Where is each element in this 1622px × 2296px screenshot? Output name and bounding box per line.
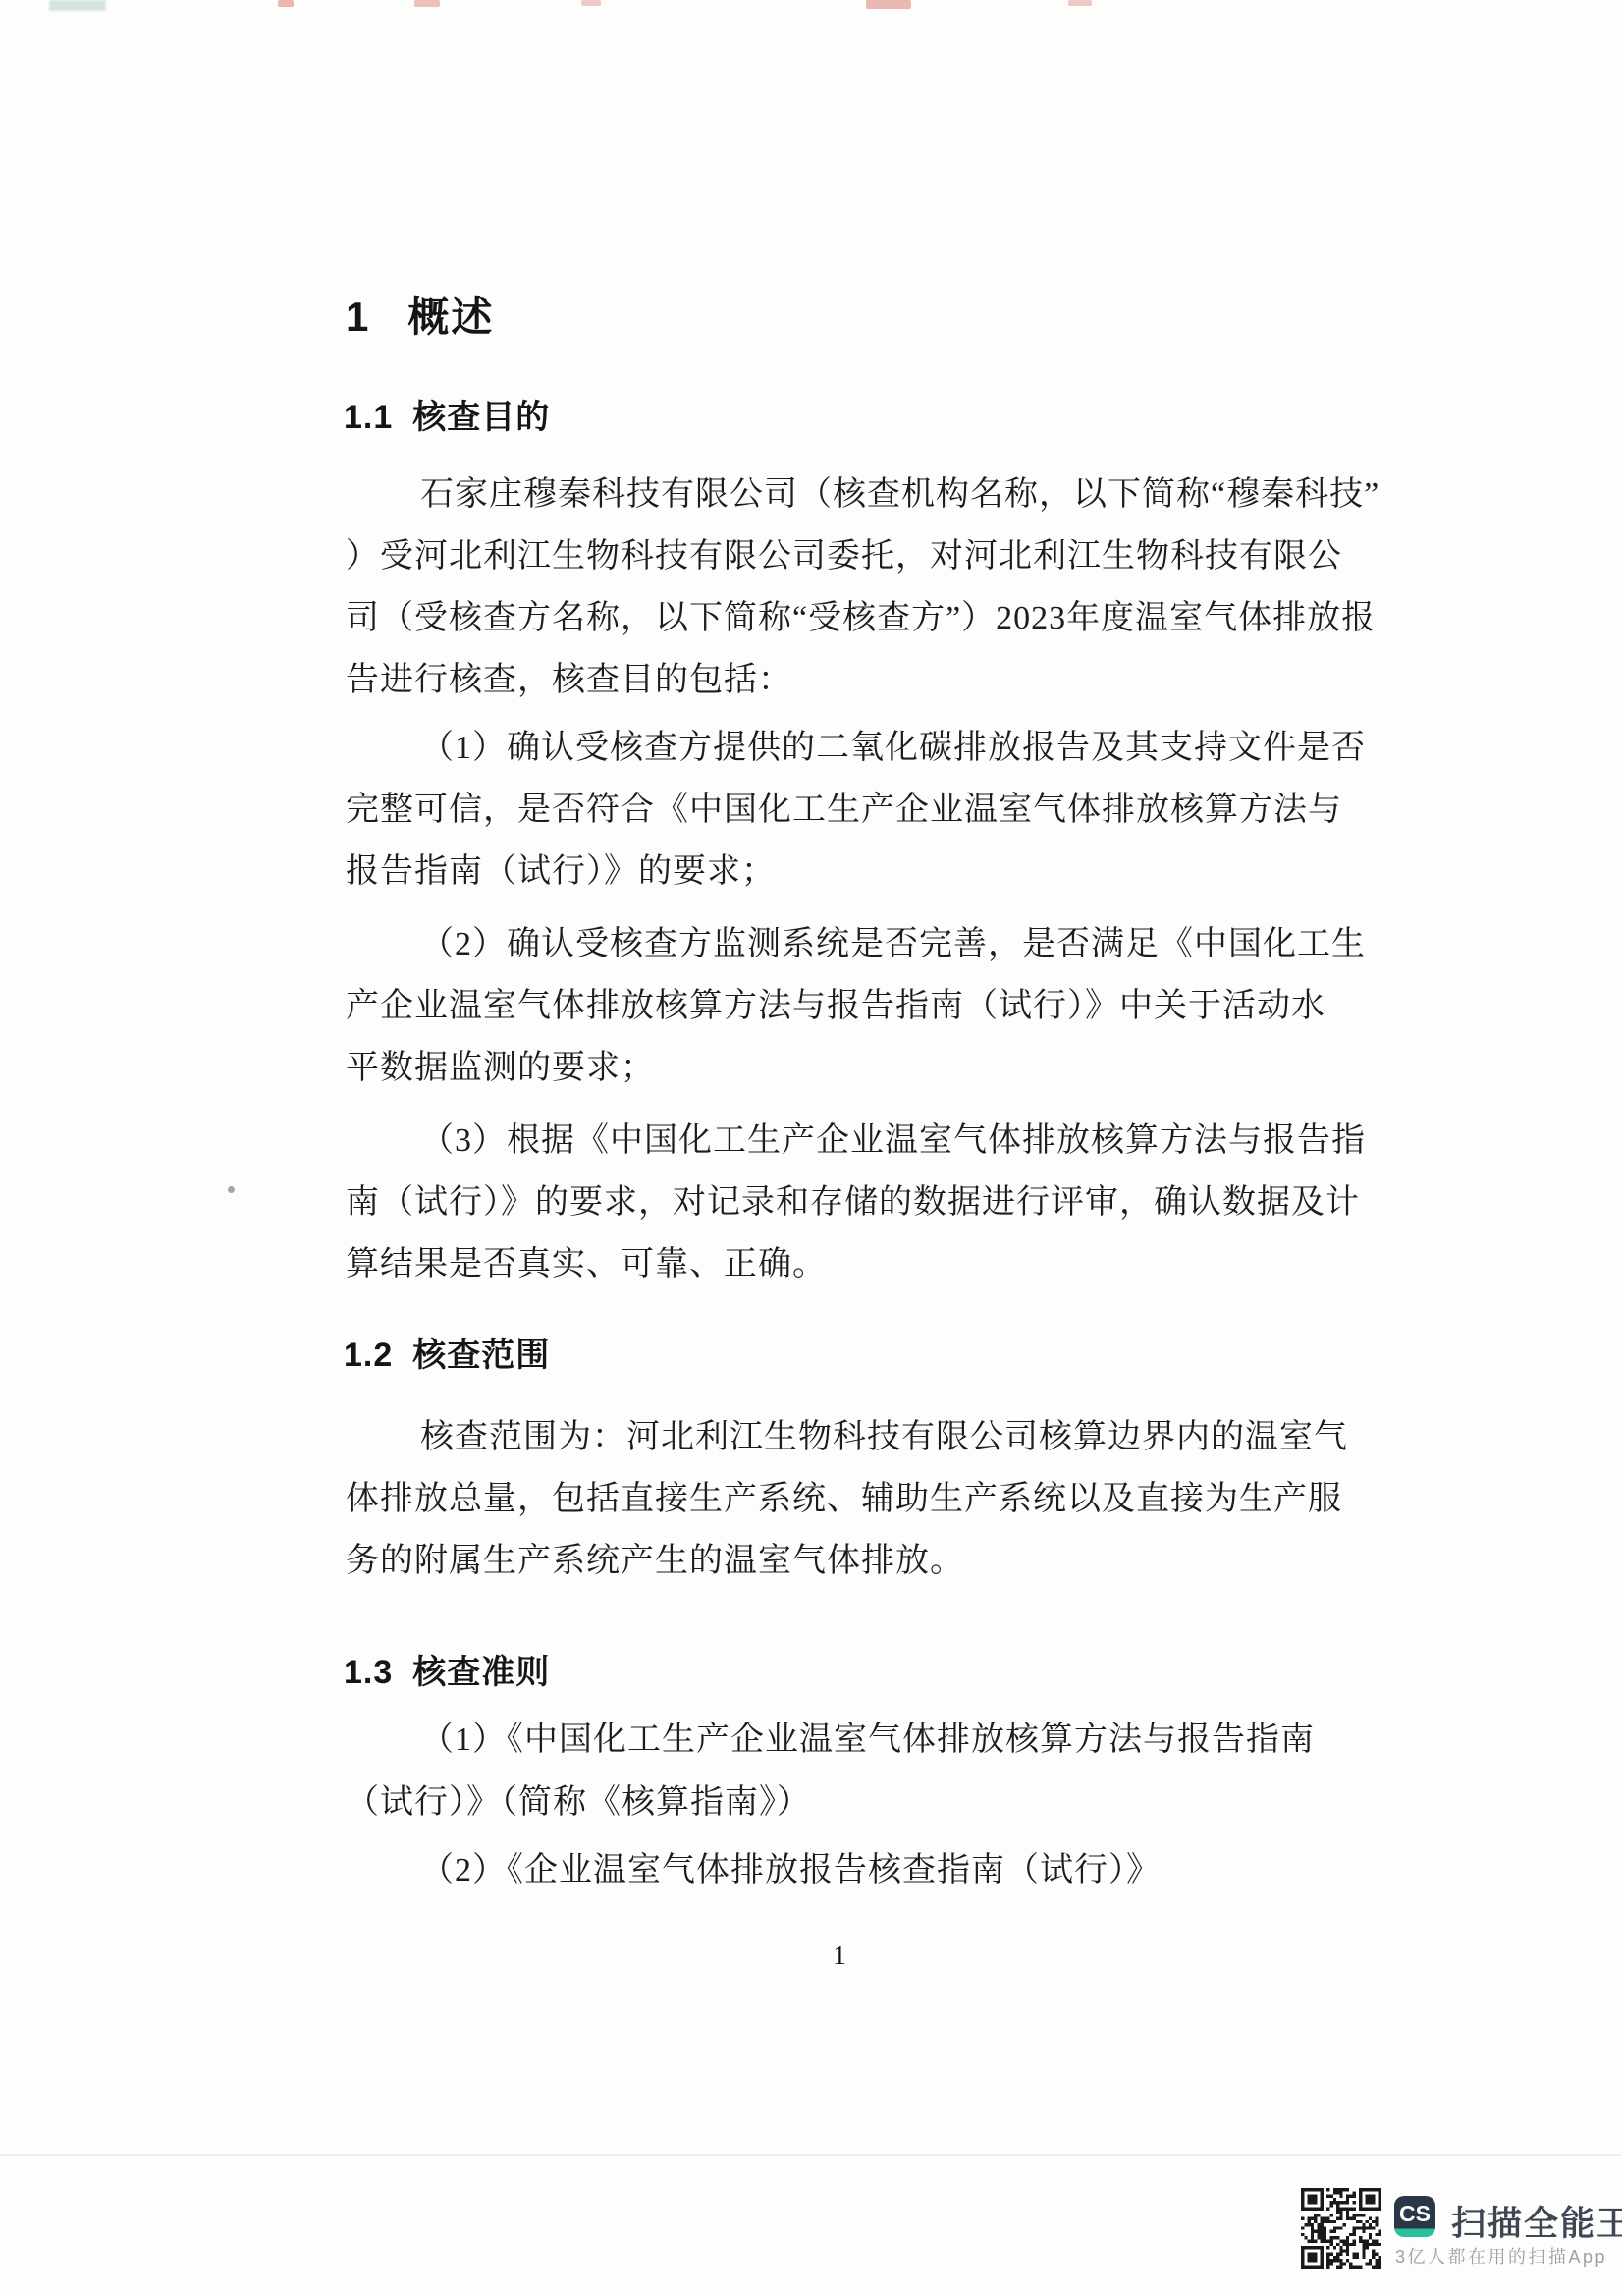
body-line: 产企业温室气体排放核算方法与报告指南（试行）》中关于活动水 xyxy=(346,975,1293,1037)
body-line: （2）《企业温室气体排放报告核查指南（试行）》 xyxy=(346,1839,1293,1901)
body-line: 算结果是否真实、可靠、正确。 xyxy=(346,1233,1293,1295)
section-heading-verification-criteria: 1.3核查准则 xyxy=(344,1651,550,1694)
body-line: 核查范围为：河北利江生物科技有限公司核算边界内的温室气 xyxy=(346,1406,1293,1468)
paragraph-item-3: （3）根据《中国化工生产企业温室气体排放核算方法与报告指 南（试行）》的要求，对… xyxy=(346,1110,1293,1295)
qr-code xyxy=(1301,2188,1381,2269)
camscanner-tagline: 3亿人都在用的扫描App xyxy=(1395,2243,1607,2269)
paragraph-item-1: （1）确认受核查方提供的二氧化碳排放报告及其支持文件是否 完整可信，是否符合《中… xyxy=(346,717,1293,902)
body-line: ）受河北利江生物科技有限公司委托，对河北利江生物科技有限公 xyxy=(346,525,1293,587)
page-number: 1 xyxy=(0,1941,1622,1971)
chapter-number: 1 xyxy=(346,294,370,340)
scan-artifact xyxy=(581,0,601,6)
scan-artifact xyxy=(866,0,911,9)
paragraph-criteria-1: （1）《中国化工生产企业温室气体排放核算方法与报告指南 （试行）》（简称《核算指… xyxy=(346,1709,1293,1834)
body-line: （2）确认受核查方监测系统是否完善，是否满足《中国化工生 xyxy=(346,913,1293,975)
scan-artifact xyxy=(228,1186,235,1193)
scan-artifact xyxy=(1068,0,1092,6)
body-line: （3）根据《中国化工生产企业温室气体排放核算方法与报告指 xyxy=(346,1110,1293,1172)
body-line: 体排放总量，包括直接生产系统、辅助生产系统以及直接为生产服 xyxy=(346,1468,1293,1530)
paragraph-scope: 核查范围为：河北利江生物科技有限公司核算边界内的温室气 体排放总量，包括直接生产… xyxy=(346,1406,1293,1592)
chapter-title: 概述 xyxy=(407,294,494,340)
camscanner-app-name: 扫描全能王 xyxy=(1451,2197,1622,2246)
body-line: 平数据监测的要求； xyxy=(346,1037,1293,1099)
camscanner-logo: CS xyxy=(1394,2196,1435,2237)
scan-artifact xyxy=(414,0,440,7)
body-line: （试行）》（简称《核算指南》） xyxy=(346,1772,1293,1834)
paragraph-item-2: （2）确认受核查方监测系统是否完善，是否满足《中国化工生 产企业温室气体排放核算… xyxy=(346,913,1293,1099)
chapter-heading: 1概述 xyxy=(346,295,494,340)
section-heading-verification-purpose: 1.1核查目的 xyxy=(344,396,550,439)
paragraph-criteria-2: （2）《企业温室气体排放报告核查指南（试行）》 xyxy=(346,1839,1293,1901)
body-line: 石家庄穆秦科技有限公司（核查机构名称，以下简称“穆秦科技” xyxy=(346,464,1293,525)
scan-artifact xyxy=(49,0,106,11)
page-edge-line xyxy=(0,2154,1622,2156)
paragraph-intro: 石家庄穆秦科技有限公司（核查机构名称，以下简称“穆秦科技” ）受河北利江生物科技… xyxy=(346,464,1293,711)
body-line: 告进行核查，核查目的包括： xyxy=(346,649,1293,711)
body-line: 司（受核查方名称，以下简称“受核查方”）2023年度温室气体排放报 xyxy=(346,587,1293,649)
body-line: 务的附属生产系统产生的温室气体排放。 xyxy=(346,1530,1293,1592)
body-line: （1）确认受核查方提供的二氧化碳排放报告及其支持文件是否 xyxy=(346,717,1293,779)
body-line: 报告指南（试行）》的要求； xyxy=(346,841,1293,902)
section-heading-verification-scope: 1.2核查范围 xyxy=(344,1334,550,1377)
body-line: 完整可信，是否符合《中国化工生产企业温室气体排放核算方法与 xyxy=(346,779,1293,841)
scanned-document-page: 1概述 1.1核查目的 石家庄穆秦科技有限公司（核查机构名称，以下简称“穆秦科技… xyxy=(0,0,1622,2296)
body-line: （1）《中国化工生产企业温室气体排放核算方法与报告指南 xyxy=(346,1709,1293,1772)
scan-artifact xyxy=(278,0,294,7)
camscanner-logo-text: CS xyxy=(1399,2203,1431,2225)
body-line: 南（试行）》的要求，对记录和存储的数据进行评审，确认数据及计 xyxy=(346,1172,1293,1233)
